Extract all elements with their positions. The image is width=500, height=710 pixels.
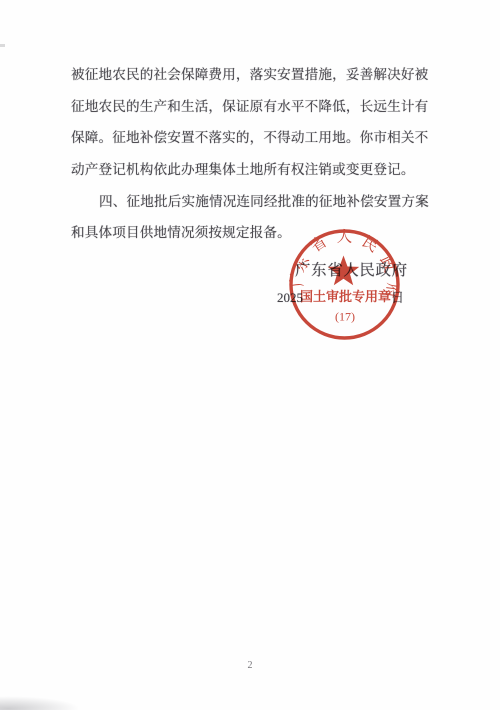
- star-icon: [328, 256, 359, 286]
- page-number: 2: [0, 660, 500, 671]
- text-line: 征地农民的生产和生活，保证原有水平不降低，长远生计有: [71, 91, 431, 123]
- document-page: 被征地农民的社会保障费用，落实安置措施，妥善解决好被 征地农民的生产和生活，保证…: [0, 0, 500, 710]
- text-line: 保障。征地补偿安置不落实的，不得动工用地。你市相关不: [71, 122, 431, 154]
- official-seal: 广 东 省 人 民 政 府 国土审批专用章 (17): [281, 221, 408, 348]
- text-line: 四、征地批后实施情况连同经批准的征地补偿安置方案: [71, 186, 431, 218]
- scan-artifact-smudge: [0, 696, 80, 710]
- text-line: 动产登记机构依此办理集体土地所有权注销或变更登记。: [71, 154, 431, 186]
- seal-ring-char: 人: [337, 228, 353, 246]
- seal-center-text: 国土审批专用章: [300, 289, 391, 304]
- text-line: 被征地农民的社会保障费用，落实安置措施，妥善解决好被: [71, 59, 431, 91]
- scan-artifact-tick: [0, 44, 5, 47]
- seal-number: (17): [335, 310, 355, 324]
